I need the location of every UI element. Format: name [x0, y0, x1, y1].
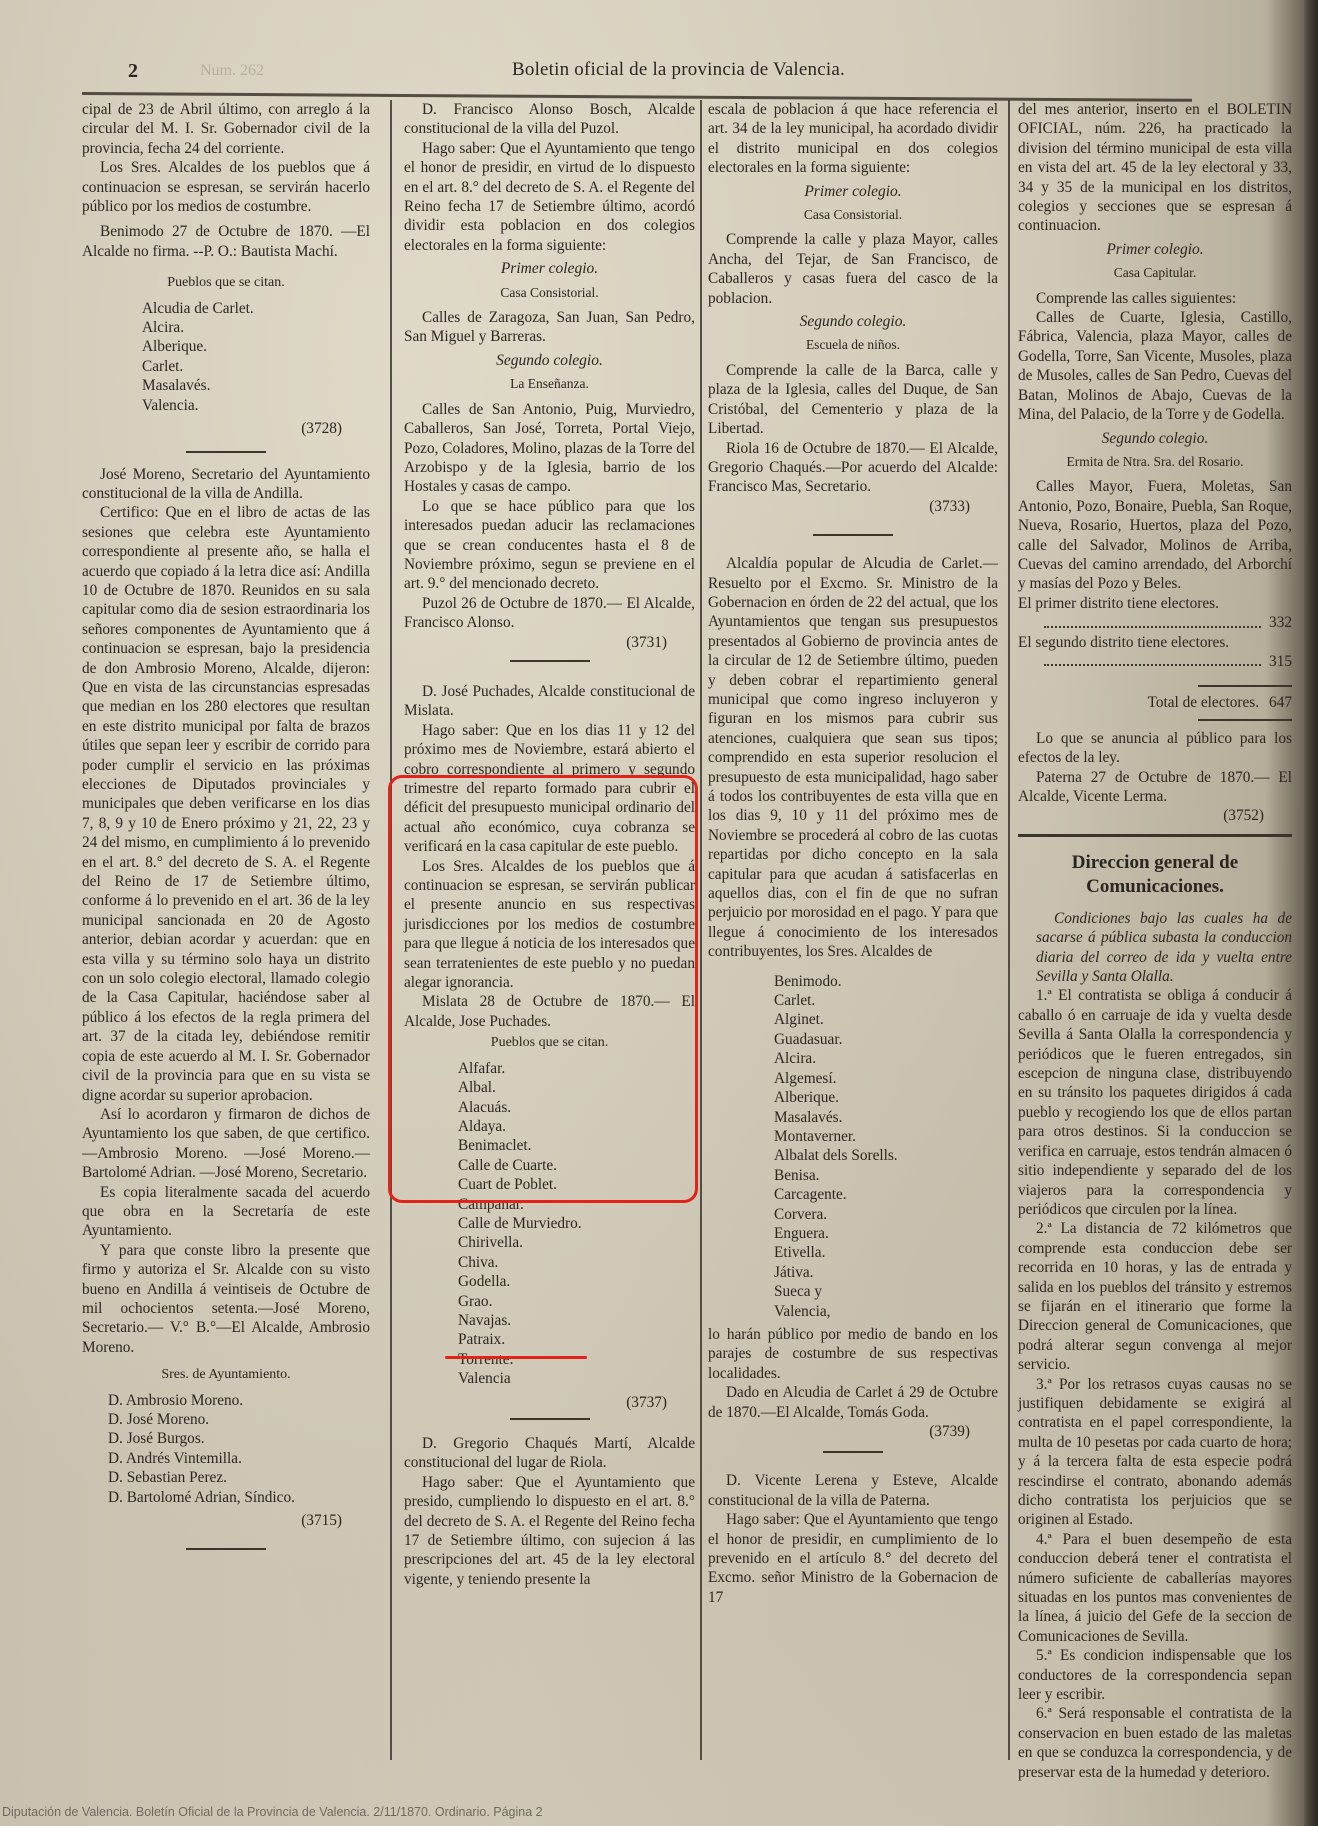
section-subheading: La Enseñanza. [404, 374, 695, 393]
towns-heading: Pueblos que se citan. [82, 273, 370, 292]
town-item: Corvera. [774, 1205, 998, 1224]
town-item: Montaverner. [774, 1127, 998, 1146]
members-heading: Sres. de Ayuntamiento. [82, 1365, 370, 1384]
column-divider [1008, 100, 1010, 1760]
town-item: Valencia [458, 1369, 695, 1388]
town-item: Campanar. [458, 1195, 695, 1214]
notice-ref-number: (3715) [82, 1511, 370, 1530]
column-divider [700, 100, 702, 1760]
notice-paragraph: Hago saber: Que el Ayuntamiento que teng… [404, 139, 695, 255]
notice-signature: Riola 16 de Octubre de 1870.— El Alcalde… [708, 439, 998, 497]
section-heading: Segundo colegio. [404, 351, 695, 370]
total-value: 647 [1269, 693, 1292, 712]
town-item: Albalat dels Sorells. [774, 1146, 998, 1165]
page-number: 2 [128, 60, 138, 83]
total-electors: Total de electores. 647 [1018, 693, 1292, 712]
condition-item: 5.ª Es condicion indispensable que los c… [1018, 1646, 1292, 1704]
town-item: Alcira. [774, 1049, 998, 1068]
notice-paragraph: Alcaldía popular de Alcudia de Carlet.—R… [708, 554, 998, 962]
notice-paragraph: Hago saber: Que el Ayuntamiento que pres… [404, 1473, 695, 1589]
page-binding-edge [1304, 0, 1318, 1826]
town-item: Alberique. [142, 337, 370, 356]
notice-paragraph: Lo que se hace público para que los inte… [404, 497, 695, 594]
notice-paragraph: lo harán público por medio de bando en l… [708, 1325, 998, 1383]
separator [186, 451, 266, 453]
section-heading: Primer colegio. [404, 259, 695, 278]
conditions-intro: Condiciones bajo las cuales ha de sacars… [1018, 909, 1292, 987]
section-subheading: Casa Consistorial. [708, 205, 998, 224]
town-item: Guadasuar. [774, 1030, 998, 1049]
total-label: Total de electores. [1148, 693, 1259, 712]
dot-leader [1044, 613, 1261, 627]
notice-continuation: del mes anterior, inserto en el BOLETIN … [1018, 100, 1292, 236]
total-rule [1198, 719, 1292, 721]
separator [510, 660, 590, 662]
notice-paragraph: Comprende la calle de la Barca, calle y … [708, 361, 998, 439]
town-item: Sueca y [774, 1282, 998, 1301]
notice-signature: Dado en Alcudia de Carlet á 29 de Octubr… [708, 1383, 998, 1422]
town-item: Valencia. [142, 396, 370, 415]
notice-signature: Benimodo 27 de Octubre de 1870. —El Alca… [82, 222, 370, 261]
notice-ref-number: (3737) [404, 1393, 695, 1412]
member-item: D. Ambrosio Moreno. [108, 1391, 370, 1410]
town-item: Chiva. [458, 1253, 695, 1272]
member-item: D. José Burgos. [108, 1429, 370, 1448]
column-2: D. Francisco Alonso Bosch, Alcalde const… [404, 100, 695, 1589]
notice-intro: D. Francisco Alonso Bosch, Alcalde const… [404, 100, 695, 139]
section-subheading: Escuela de niños. [708, 335, 998, 354]
towns-heading: Pueblos que se citan. [404, 1033, 695, 1052]
towns-list: Alfafar. Albal. Alacuás. Aldaya. Benimac… [458, 1059, 695, 1389]
section-heading: Primer colegio. [708, 182, 998, 201]
notice-ref-number: (3752) [1018, 806, 1292, 825]
member-item: D. José Moreno. [108, 1410, 370, 1429]
column-1: cipal de 23 de Abril último, con arreglo… [82, 100, 370, 1568]
district-2-label: El segundo distrito tiene electores. [1018, 633, 1292, 652]
separator [813, 534, 893, 536]
notice-intro: D. Gregorio Chaqués Martí, Alcalde const… [404, 1434, 695, 1473]
district-1-label: El primer distrito tiene electores. [1018, 594, 1292, 613]
town-item: Alginet. [774, 1010, 998, 1029]
town-item: Alberique. [774, 1088, 998, 1107]
notice-paragraph: Calles de San Antonio, Puig, Murviedro, … [404, 400, 695, 497]
notice-paragraph: Hago saber: Que el Ayuntamiento que teng… [708, 1510, 998, 1607]
town-item: Godella. [458, 1272, 695, 1291]
dot-leader [1044, 652, 1261, 666]
town-item: Algemesí. [774, 1069, 998, 1088]
condition-item: 1.ª El contratista se obliga á conducir … [1018, 986, 1292, 1219]
notice-continuation: escala de poblacion á que hace referenci… [708, 100, 998, 178]
town-item: Alfafar. [458, 1059, 695, 1078]
town-item: Albal. [458, 1078, 695, 1097]
town-item: Alacuás. [458, 1098, 695, 1117]
page-header: 2 Num. 262 Boletin oficial de la provinc… [82, 56, 1318, 86]
notice-paragraph: Es copia literalmente sacada del acuerdo… [82, 1183, 370, 1241]
notice-signature: Mislata 28 de Octubre de 1870.— El Alcal… [404, 992, 695, 1031]
condition-item: 2.ª La distancia de 72 kilómetros que co… [1018, 1219, 1292, 1374]
notice-ref-number: (3739) [708, 1422, 998, 1441]
notice-ref-number: (3728) [82, 419, 370, 438]
notice-paragraph: Hago saber: Que en los dias 11 y 12 del … [404, 721, 695, 857]
highlight-underline-cuart-de-poblet [445, 1356, 587, 1359]
notice-paragraph: Comprende las calles siguientes: [1018, 289, 1292, 308]
notice-paragraph: Los Sres. Alcaldes de los pueblos que á … [82, 158, 370, 216]
notice-paragraph: Calles Mayor, Fuera, Moletas, San Antoni… [1018, 477, 1292, 593]
condition-item: 6.ª Será responsable el contratista de l… [1018, 1704, 1292, 1782]
notice-ref-number: (3733) [708, 497, 998, 516]
district-1-value: 332 [1269, 613, 1292, 632]
town-item: Valencia, [774, 1302, 998, 1321]
town-item: Carlet. [774, 991, 998, 1010]
member-item: D. Bartolomé Adrian, Síndico. [108, 1488, 370, 1507]
members-list: D. Ambrosio Moreno. D. José Moreno. D. J… [108, 1391, 370, 1507]
town-item: Patraix. [458, 1330, 695, 1349]
town-item: Alcudia de Carlet. [142, 299, 370, 318]
separator [186, 1548, 266, 1550]
district-1-row: 332 [1018, 613, 1292, 632]
section-heading: Segundo colegio. [708, 312, 998, 331]
total-row [1198, 685, 1292, 693]
notice-intro: José Moreno, Secretario del Ayuntamiento… [82, 465, 370, 504]
town-item: Chirivella. [458, 1233, 695, 1252]
town-item: Masalavés. [774, 1108, 998, 1127]
notice-signature: Puzol 26 de Octubre de 1870.— El Alcalde… [404, 594, 695, 633]
notice-intro: D. José Puchades, Alcalde constitucional… [404, 682, 695, 721]
notice-paragraph: Calles de Zaragoza, San Juan, San Pedro,… [404, 308, 695, 347]
notice-intro: D. Vicente Lerena y Esteve, Alcalde cons… [708, 1471, 998, 1510]
separator [510, 1418, 590, 1420]
section-subheading: Ermita de Ntra. Sra. del Rosario. [1018, 452, 1292, 471]
town-item: Aldaya. [458, 1117, 695, 1136]
section-subheading: Casa Consistorial. [404, 283, 695, 302]
town-item: Masalavés. [142, 376, 370, 395]
notice-paragraph: Lo que se anuncia al público para los ef… [1018, 729, 1292, 768]
town-item: Calle de Murviedro. [458, 1214, 695, 1233]
source-caption: Diputación de Valencia. Boletín Oficial … [2, 1805, 543, 1819]
town-item: Játiva. [774, 1263, 998, 1282]
town-item: Torrente. [458, 1350, 695, 1369]
towns-list: Benimodo. Carlet. Alginet. Guadasuar. Al… [774, 972, 998, 1321]
section-subheading: Casa Capitular. [1018, 263, 1292, 282]
town-item: Carcagente. [774, 1185, 998, 1204]
notice-paragraph: Así lo acordaron y firmaron de dichos de… [82, 1105, 370, 1183]
publication-title: Boletin oficial de la provincia de Valen… [512, 59, 845, 81]
town-item: Etivella. [774, 1243, 998, 1262]
member-item: D. Sebastian Perez. [108, 1468, 370, 1487]
column-3: escala de poblacion á que hace referenci… [708, 100, 998, 1607]
notice-continuation: cipal de 23 de Abril último, con arreglo… [82, 100, 370, 158]
town-item: Alcira. [142, 318, 370, 337]
condition-item: 3.ª Por los retrasos cuyas causas no se … [1018, 1375, 1292, 1530]
towns-list: Alcudia de Carlet. Alcira. Alberique. Ca… [142, 299, 370, 415]
notice-ref-number: (3731) [404, 633, 695, 652]
section-heading: Segundo colegio. [1018, 429, 1292, 448]
town-item: Navajas. [458, 1311, 695, 1330]
town-item: Grao. [458, 1292, 695, 1311]
section-heading: Primer colegio. [1018, 240, 1292, 259]
column-4: del mes anterior, inserto en el BOLETIN … [1018, 100, 1292, 1782]
town-item-underlined: Cuart de Poblet. [458, 1175, 695, 1194]
notice-signature: Paterna 27 de Octubre de 1870.— El Alcal… [1018, 768, 1292, 807]
notice-paragraph: Calles de Cuarte, Iglesia, Castillo, Fáb… [1018, 308, 1292, 424]
notice-paragraph: Comprende la calle y plaza Mayor, calles… [708, 230, 998, 308]
town-item: Calle de Cuarte. [458, 1156, 695, 1175]
section-title: Direccion general de Comunicaciones. [1018, 851, 1292, 899]
bleed-through-number: Num. 262 [200, 62, 264, 80]
town-item: Benimaclet. [458, 1136, 695, 1155]
notice-paragraph: Y para que conste libro la presente que … [82, 1241, 370, 1357]
condition-item: 4.ª Para el buen desempeño de esta condu… [1018, 1530, 1292, 1646]
notice-paragraph: Certifico: Que en el libro de actas de l… [82, 503, 370, 1105]
district-2-value: 315 [1269, 652, 1292, 671]
town-item: Carlet. [142, 357, 370, 376]
town-item: Benimodo. [774, 972, 998, 991]
section-rule [1018, 834, 1292, 837]
town-item: Enguera. [774, 1224, 998, 1243]
column-divider [390, 100, 392, 1760]
member-item: D. Andrés Vintemilla. [108, 1449, 370, 1468]
notice-paragraph: Los Sres. Alcaldes de los pueblos que á … [404, 857, 695, 993]
town-item: Benisa. [774, 1166, 998, 1185]
separator [823, 1451, 883, 1453]
district-2-row: 315 [1018, 652, 1292, 671]
